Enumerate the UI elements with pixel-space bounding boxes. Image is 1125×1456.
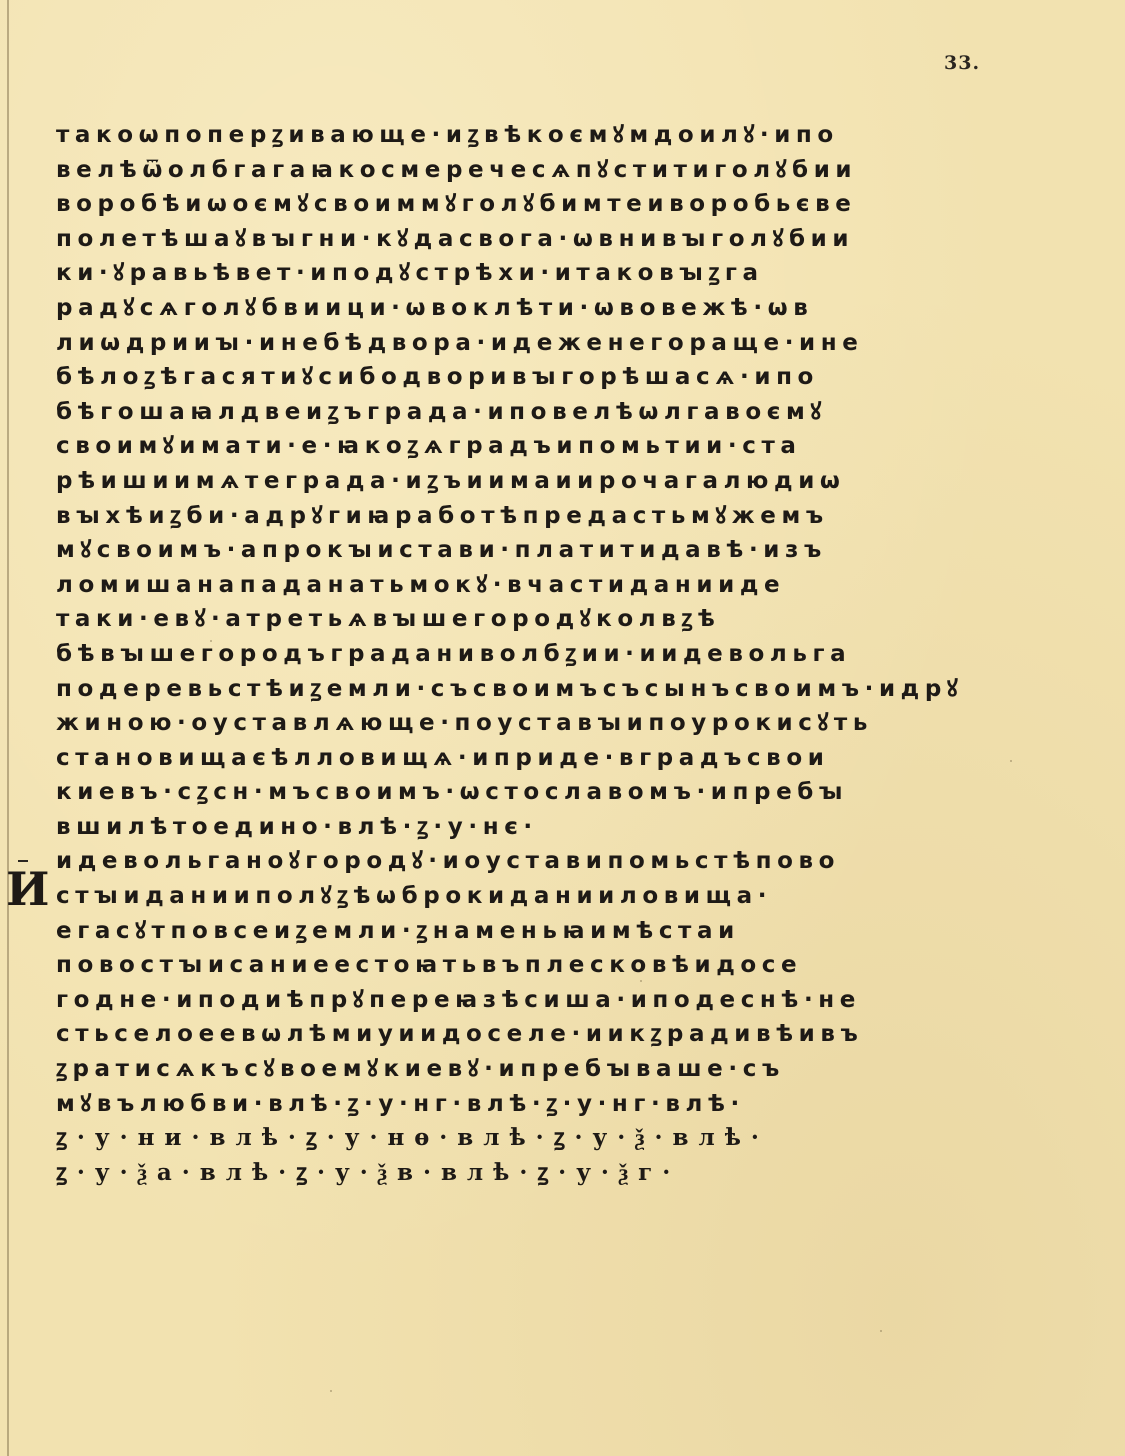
text-line: стꙑиданииполꙋꙁѣѡброкиданииловища· — [56, 879, 1056, 914]
text-line: воробѣиѡоємꙋсвоиммꙋголꙋбимтеиворобьєве — [56, 187, 1056, 222]
paper-speck — [880, 1330, 882, 1332]
text-line: велѣѿолбгагаꙗкосмеречесѧпꙋститиголꙋбии — [56, 153, 1056, 188]
manuscript-page: 33. И такоѡпоперꙁивающе·иꙁвѣкоємꙋмдоилꙋ·… — [0, 0, 1125, 1456]
text-line: полетѣшаꙋвꙑгни·кꙋдасвога·ѡвнивꙑголꙋбии — [56, 222, 1056, 257]
text-line-year-entries: ꙁ·у·ни·влѣ·ꙁ·у·нѳ·влѣ·ꙁ·у·ѯ·влѣ· — [56, 1121, 1056, 1156]
text-line: ꙁратисѧкъсꙋвоемꙋкиевꙋ·ипребꙑваше·съ — [56, 1052, 1056, 1087]
text-line: подеревьстѣиꙁемли·съсвоимъсъсынъсвоимъ·и… — [56, 672, 1056, 707]
paper-speck — [640, 980, 642, 982]
text-line-year-entry: вшилѣтоедино·влѣ·ꙁ·у·нє· — [56, 810, 1056, 845]
text-line: мꙋсвоимъ·апрокꙑистави·платитидавѣ·изъ — [56, 533, 1056, 568]
initial-capital-letter: И — [6, 866, 49, 912]
page-gutter-line — [7, 0, 9, 1456]
text-line: лиѡдрииꙑ·инебѣдвора·идеженегораще·ине — [56, 326, 1056, 361]
paper-speck — [330, 1390, 332, 1392]
text-line-year-entries: мꙋвълюбви·влѣ·ꙁ·у·нг·влѣ·ꙁ·у·нг·влѣ· — [56, 1087, 1056, 1122]
text-line: идевольганоꙋгородꙋ·иоуставипомьстѣпово — [56, 844, 1056, 879]
text-line: бѣгошаꙗлдвеиꙁъграда·иповелѣѡлгавоємꙋ — [56, 395, 1056, 430]
paper-speck — [210, 640, 212, 642]
text-line: егасꙋтповсеиꙁемли·ꙁнаменьꙗимѣстаи — [56, 914, 1056, 949]
text-line: ки·ꙋравьѣвет·иподꙋстрѣхи·итаковꙑꙁга — [56, 256, 1056, 291]
page-number: 33. — [944, 52, 980, 74]
text-line: таки·евꙋ·атретьѧвꙑшегородꙋколвꙁѣ — [56, 602, 1056, 637]
text-line: киевъ·сꙁсн·мъсвоимъ·ѡстославомъ·ипребꙑ — [56, 775, 1056, 810]
text-line: такоѡпоперꙁивающе·иꙁвѣкоємꙋмдоилꙋ·ипо — [56, 118, 1056, 153]
text-line: бѣлоꙁѣгасятиꙋсибодворивꙑгорѣшасѧ·ипо — [56, 360, 1056, 395]
text-line: рѣишиимѧтеграда·иꙁъиимаиирочагалюдиѡ — [56, 464, 1056, 499]
text-line: ломишанападанатьмокꙋ·вчастиданииде — [56, 568, 1056, 603]
text-line: годне·иподиѣпрꙋпереꙗзѣсиша·иподеснѣ·не — [56, 983, 1056, 1018]
text-line: вꙑхѣиꙁби·адрꙋгиꙗработѣпредастьмꙋжемъ — [56, 499, 1056, 534]
text-line: бѣвꙑшегородъграданиволбꙁии·иидевольга — [56, 637, 1056, 672]
text-line: становищаєѣлловищѧ·иприде·вградъсвои — [56, 741, 1056, 776]
manuscript-text-block: такоѡпоперꙁивающе·иꙁвѣкоємꙋмдоилꙋ·ипо ве… — [56, 118, 1056, 1190]
text-line: своимꙋимати·е·ꙗкоꙁѧградъипомьтии·ста — [56, 429, 1056, 464]
text-line: жиною·оуставлѧюще·поуставꙑипоурокисꙋть — [56, 706, 1056, 741]
text-line-year-entries: ꙁ·у·ѯа·влѣ·ꙁ·у·ѯв·влѣ·ꙁ·у·ѯг· — [56, 1156, 1056, 1191]
text-line: стьселоеевѡлѣмиуиидоселе·иикꙁрадивѣивъ — [56, 1017, 1056, 1052]
text-line: повостꙑисаниеестоꙗтьвъплесковѣидосе — [56, 948, 1056, 983]
paper-speck — [1010, 760, 1012, 762]
text-line: радꙋсѧголꙋбвиици·ѡвоклѣти·ѡвовежѣ·ѡв — [56, 291, 1056, 326]
